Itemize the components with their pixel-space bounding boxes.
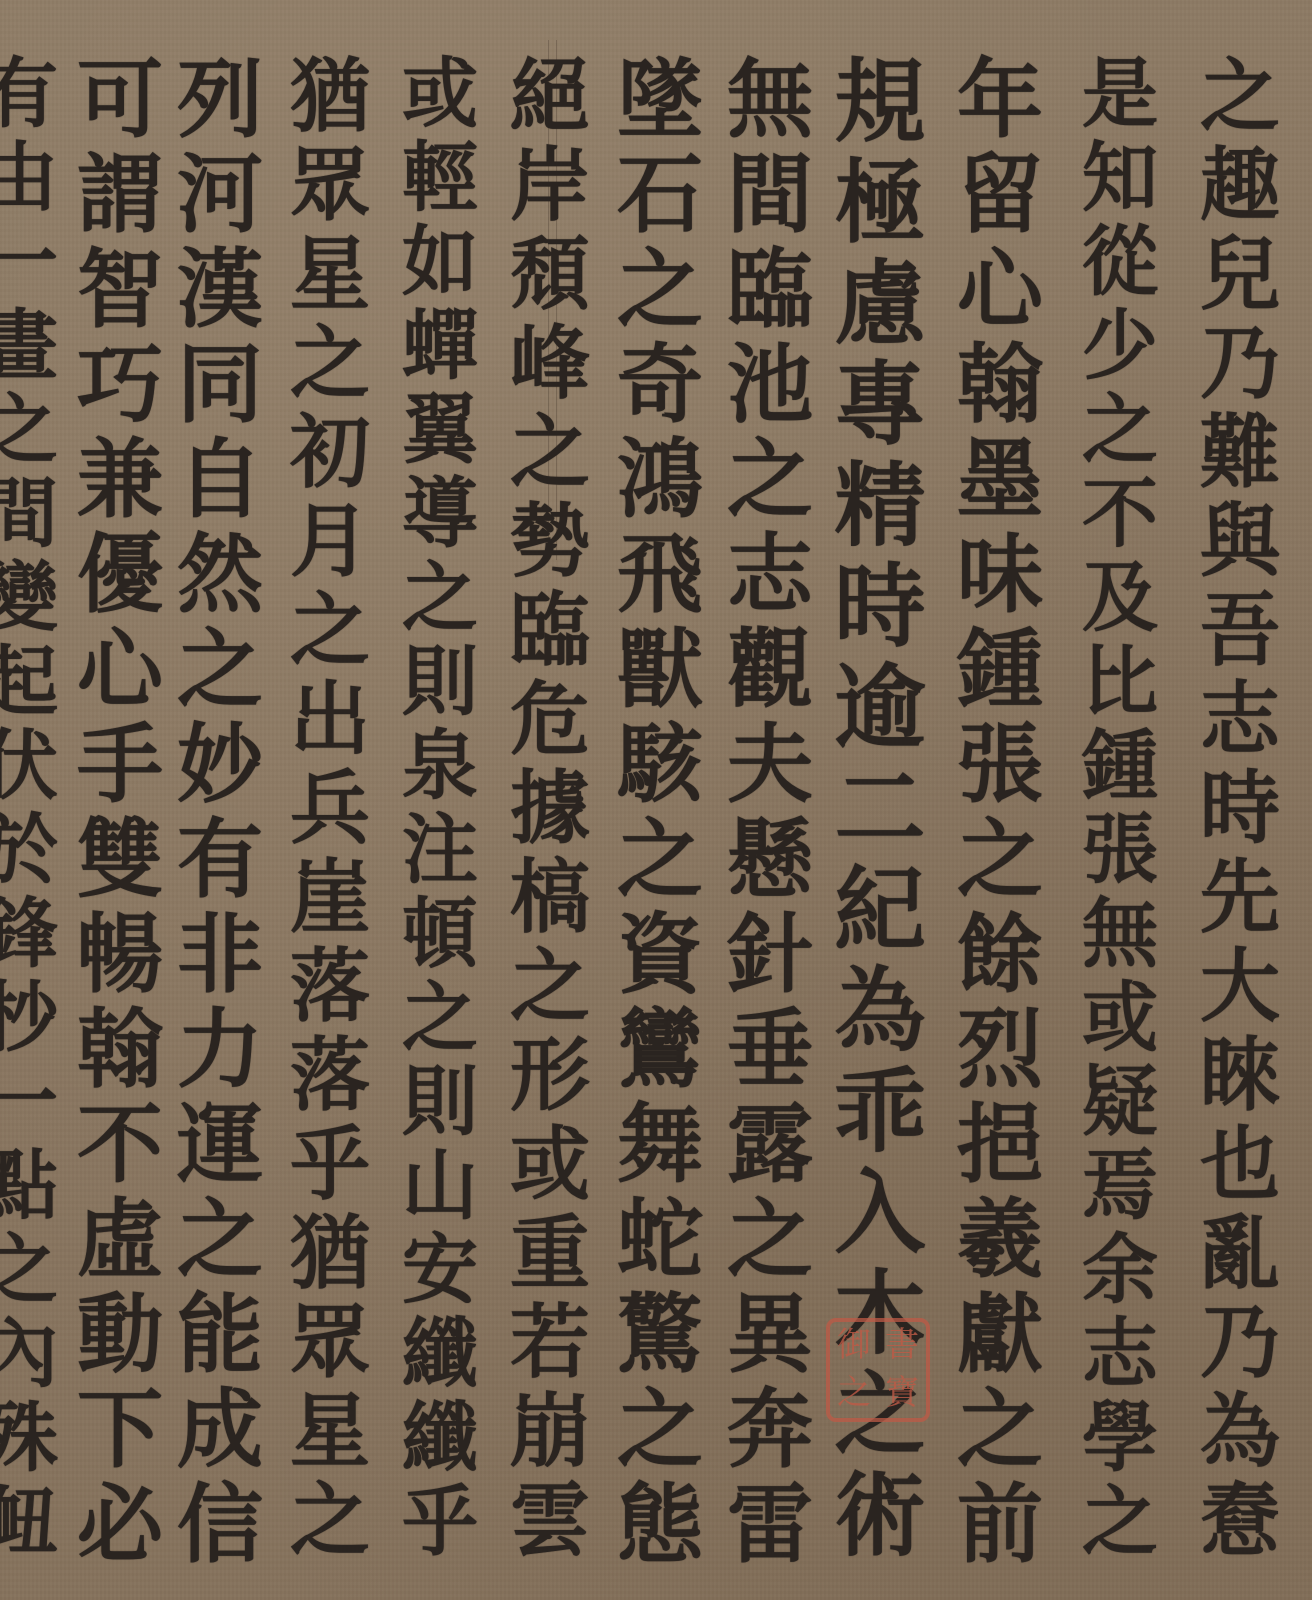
calligraphy-character: 乃 <box>1200 319 1280 408</box>
calligraphy-character: 兵 <box>290 764 370 853</box>
calligraphy-character: 必 <box>77 1477 163 1572</box>
seal-glyph: 之 <box>830 1370 878 1418</box>
calligraphy-character: 有 <box>177 812 263 907</box>
calligraphy-character: 資 <box>617 907 703 1002</box>
calligraphy-character: 入 <box>834 1163 925 1264</box>
calligraphy-character: 紀 <box>834 860 925 961</box>
calligraphy-character: 翼 <box>402 388 478 472</box>
calligraphy-character: 亂 <box>1200 1209 1280 1298</box>
calligraphy-column-5: 無間臨池之志觀夫懸針垂露之異奔雷 <box>710 52 830 1572</box>
calligraphy-character: 二 <box>834 759 925 860</box>
calligraphy-character: 伏 <box>0 724 58 808</box>
calligraphy-character: 翰 <box>77 1002 163 1097</box>
calligraphy-character: 之 <box>290 1476 370 1565</box>
calligraphy-character: 則 <box>402 640 478 724</box>
calligraphy-character: 及 <box>1082 556 1158 640</box>
calligraphy-character: 泉 <box>402 724 478 808</box>
calligraphy-character: 年 <box>957 52 1043 147</box>
calligraphy-character: 之 <box>402 556 478 640</box>
calligraphy-character: 極 <box>834 153 925 254</box>
calligraphy-character: 手 <box>77 717 163 812</box>
calligraphy-character: 志 <box>727 527 813 622</box>
calligraphy-character: 點 <box>0 1144 58 1228</box>
calligraphy-character: 纖 <box>402 1312 478 1396</box>
calligraphy-character: 心 <box>77 622 163 717</box>
calligraphy-character: 趣 <box>1200 141 1280 230</box>
calligraphy-column-1: 之趣兒乃難與吾志時先大睞也亂乃為憃 <box>1180 52 1300 1565</box>
calligraphy-character: 態 <box>617 1477 703 1572</box>
calligraphy-character: 從 <box>1082 220 1158 304</box>
calligraphy-character: 之 <box>510 408 590 497</box>
calligraphy-character: 能 <box>177 1287 263 1382</box>
calligraphy-column-8: 或輕如蟬翼導之則泉注頓之則山安纖纖乎 <box>380 52 500 1564</box>
calligraphy-character: 漢 <box>177 242 263 337</box>
calligraphy-character: 張 <box>957 717 1043 812</box>
calligraphy-character: 之 <box>290 319 370 408</box>
calligraphy-character: 或 <box>510 1120 590 1209</box>
seal-glyph: 御 <box>830 1322 878 1370</box>
calligraphy-character: 雙 <box>77 812 163 907</box>
calligraphy-character: 力 <box>177 1002 263 1097</box>
calligraphy-character: 之 <box>0 1228 58 1312</box>
calligraphy-character: 心 <box>957 242 1043 337</box>
calligraphy-character: 無 <box>727 52 813 147</box>
calligraphy-character: 味 <box>957 527 1043 622</box>
calligraphy-character: 之 <box>617 1382 703 1477</box>
calligraphy-character: 然 <box>177 527 263 622</box>
calligraphy-character: 之 <box>510 942 590 1031</box>
calligraphy-character: 自 <box>177 432 263 527</box>
red-collector-seal: 御 書 之 寶 <box>826 1318 930 1422</box>
calligraphy-character: 星 <box>290 230 370 319</box>
calligraphy-character: 謂 <box>77 147 163 242</box>
calligraphy-character: 先 <box>1200 853 1280 942</box>
calligraphy-character: 挹 <box>957 1097 1043 1192</box>
calligraphy-character: 河 <box>177 147 263 242</box>
calligraphy-character: 奇 <box>617 337 703 432</box>
calligraphy-character: 與 <box>1200 497 1280 586</box>
calligraphy-character: 之 <box>177 1192 263 1287</box>
calligraphy-character: 之 <box>1082 388 1158 472</box>
calligraphy-character: 由 <box>0 136 58 220</box>
calligraphy-character: 無 <box>1082 892 1158 976</box>
calligraphy-character: 殊 <box>0 1396 58 1480</box>
calligraphy-character: 之 <box>290 586 370 675</box>
calligraphy-character: 之 <box>177 622 263 717</box>
calligraphy-character: 乃 <box>1200 1298 1280 1387</box>
calligraphy-character: 留 <box>957 147 1043 242</box>
calligraphy-character: 異 <box>727 1287 813 1382</box>
calligraphy-character: 飛 <box>617 527 703 622</box>
calligraphy-character: 吾 <box>1200 586 1280 675</box>
calligraphy-character: 之 <box>402 976 478 1060</box>
calligraphy-character: 初 <box>290 408 370 497</box>
calligraphy-character: 峰 <box>510 319 590 408</box>
seal-glyph: 寶 <box>878 1370 926 1418</box>
calligraphy-character: 之 <box>957 1382 1043 1477</box>
calligraphy-character: 逾 <box>834 658 925 759</box>
calligraphy-character: 之 <box>0 388 58 472</box>
calligraphy-character: 則 <box>402 1060 478 1144</box>
calligraphy-character: 烈 <box>957 1002 1043 1097</box>
calligraphy-character: 導 <box>402 472 478 556</box>
calligraphy-character: 睞 <box>1200 1031 1280 1120</box>
calligraphy-character: 乎 <box>402 1480 478 1564</box>
calligraphy-character: 精 <box>834 456 925 557</box>
calligraphy-character: 夫 <box>727 717 813 812</box>
calligraphy-character: 猶 <box>290 1209 370 1298</box>
calligraphy-character: 觀 <box>727 622 813 717</box>
calligraphy-character: 輕 <box>402 136 478 220</box>
calligraphy-character: 眾 <box>290 1298 370 1387</box>
calligraphy-character: 志 <box>1200 675 1280 764</box>
calligraphy-character: 同 <box>177 337 263 432</box>
calligraphy-character: 獻 <box>957 1287 1043 1382</box>
calligraphy-character: 羲 <box>957 1192 1043 1287</box>
calligraphy-character: 據 <box>510 764 590 853</box>
calligraphy-character: 時 <box>1200 764 1280 853</box>
calligraphy-character: 露 <box>727 1097 813 1192</box>
calligraphy-character: 規 <box>834 52 925 153</box>
calligraphy-character: 畫 <box>0 304 58 388</box>
calligraphy-character: 知 <box>1082 136 1158 220</box>
calligraphy-character: 奔 <box>727 1382 813 1477</box>
calligraphy-character: 虛 <box>77 1192 163 1287</box>
calligraphy-character: 絕 <box>510 52 590 141</box>
calligraphy-character: 下 <box>77 1382 163 1477</box>
calligraphy-character: 疑 <box>1082 1060 1158 1144</box>
calligraphy-character: 山 <box>402 1144 478 1228</box>
calligraphy-character: 或 <box>1082 976 1158 1060</box>
calligraphy-character: 之 <box>617 242 703 337</box>
calligraphy-character: 蛇 <box>617 1192 703 1287</box>
calligraphy-character: 不 <box>77 1097 163 1192</box>
calligraphy-character: 憃 <box>1200 1476 1280 1565</box>
calligraphy-character: 星 <box>290 1387 370 1476</box>
calligraphy-character: 鍾 <box>957 622 1043 717</box>
calligraphy-character: 少 <box>1082 304 1158 388</box>
calligraphy-character: 如 <box>402 220 478 304</box>
calligraphy-character: 間 <box>727 147 813 242</box>
calligraphy-character: 成 <box>177 1382 263 1477</box>
calligraphy-character: 暢 <box>77 907 163 1002</box>
calligraphy-character: 崖 <box>290 853 370 942</box>
calligraphy-character: 墨 <box>957 432 1043 527</box>
calligraphy-character: 頓 <box>402 892 478 976</box>
calligraphy-column-12: 有由一畫之間變起伏於鋒杪一點之內殊衄 <box>0 52 80 1564</box>
seal-glyph: 書 <box>878 1322 926 1370</box>
calligraphy-character: 是 <box>1082 52 1158 136</box>
calligraphy-character: 學 <box>1082 1396 1158 1480</box>
calligraphy-character: 乎 <box>290 1120 370 1209</box>
calligraphy-character: 鴻 <box>617 432 703 527</box>
calligraphy-character: 起 <box>0 640 58 724</box>
calligraphy-character: 列 <box>177 52 263 147</box>
calligraphy-character: 余 <box>1082 1228 1158 1312</box>
calligraphy-character: 為 <box>834 961 925 1062</box>
calligraphy-character: 優 <box>77 527 163 622</box>
calligraphy-character: 巧 <box>77 337 163 432</box>
calligraphy-scroll: 之趣兒乃難與吾志時先大睞也亂乃為憃 是知從少之不及比鍾張無或疑焉余志學之 年留心… <box>0 0 1312 1600</box>
calligraphy-character: 變 <box>0 556 58 640</box>
calligraphy-character: 非 <box>177 907 263 1002</box>
calligraphy-character: 纖 <box>402 1396 478 1480</box>
calligraphy-character: 獸 <box>617 622 703 717</box>
calligraphy-character: 駭 <box>617 717 703 812</box>
calligraphy-character: 之 <box>957 812 1043 907</box>
calligraphy-character: 形 <box>510 1031 590 1120</box>
calligraphy-character: 驚 <box>617 1287 703 1382</box>
calligraphy-character: 猶 <box>290 52 370 141</box>
calligraphy-character: 前 <box>957 1477 1043 1572</box>
calligraphy-character: 杪 <box>0 976 58 1060</box>
calligraphy-character: 衄 <box>0 1480 58 1564</box>
calligraphy-character: 兼 <box>77 432 163 527</box>
calligraphy-column-6: 墜石之奇鴻飛獸駭之資鸞舞蛇驚之態 <box>600 52 720 1572</box>
calligraphy-column-7: 絕岸頹峰之勢臨危據槁之形或重若崩雲 <box>490 52 610 1565</box>
calligraphy-character: 信 <box>177 1477 263 1572</box>
calligraphy-character: 也 <box>1200 1120 1280 1209</box>
calligraphy-character: 難 <box>1200 408 1280 497</box>
calligraphy-character: 池 <box>727 337 813 432</box>
calligraphy-character: 石 <box>617 147 703 242</box>
calligraphy-character: 運 <box>177 1097 263 1192</box>
calligraphy-character: 危 <box>510 675 590 764</box>
calligraphy-character: 一 <box>0 220 58 304</box>
calligraphy-character: 注 <box>402 808 478 892</box>
calligraphy-character: 雷 <box>727 1477 813 1572</box>
calligraphy-character: 鸞 <box>617 1002 703 1097</box>
calligraphy-character: 之 <box>617 812 703 907</box>
calligraphy-character: 雲 <box>510 1476 590 1565</box>
calligraphy-character: 術 <box>834 1466 925 1567</box>
calligraphy-character: 出 <box>290 675 370 764</box>
calligraphy-character: 舞 <box>617 1097 703 1192</box>
calligraphy-character: 焉 <box>1082 1144 1158 1228</box>
calligraphy-column-2: 是知從少之不及比鍾張無或疑焉余志學之 <box>1060 52 1180 1564</box>
calligraphy-character: 餘 <box>957 907 1043 1002</box>
calligraphy-character: 一 <box>0 1060 58 1144</box>
calligraphy-character: 眾 <box>290 141 370 230</box>
calligraphy-character: 安 <box>402 1228 478 1312</box>
calligraphy-character: 有 <box>0 52 58 136</box>
calligraphy-character: 大 <box>1200 942 1280 1031</box>
calligraphy-character: 翰 <box>957 337 1043 432</box>
calligraphy-character: 之 <box>727 432 813 527</box>
calligraphy-character: 頹 <box>510 230 590 319</box>
calligraphy-character: 落 <box>290 942 370 1031</box>
calligraphy-character: 懸 <box>727 812 813 907</box>
calligraphy-character: 若 <box>510 1298 590 1387</box>
calligraphy-character: 岸 <box>510 141 590 230</box>
calligraphy-character: 間 <box>0 472 58 556</box>
calligraphy-character: 崩 <box>510 1387 590 1476</box>
calligraphy-character: 落 <box>290 1031 370 1120</box>
calligraphy-character: 勢 <box>510 497 590 586</box>
calligraphy-column-3: 年留心翰墨味鍾張之餘烈挹羲獻之前 <box>940 52 1060 1572</box>
calligraphy-character: 墜 <box>617 52 703 147</box>
calligraphy-character: 槁 <box>510 853 590 942</box>
calligraphy-character: 臨 <box>727 242 813 337</box>
calligraphy-character: 月 <box>290 497 370 586</box>
calligraphy-character: 妙 <box>177 717 263 812</box>
calligraphy-character: 針 <box>727 907 813 1002</box>
calligraphy-character: 於 <box>0 808 58 892</box>
calligraphy-character: 之 <box>1082 1480 1158 1564</box>
calligraphy-character: 垂 <box>727 1002 813 1097</box>
calligraphy-character: 動 <box>77 1287 163 1382</box>
calligraphy-character: 兒 <box>1200 230 1280 319</box>
calligraphy-character: 臨 <box>510 586 590 675</box>
calligraphy-character: 為 <box>1200 1387 1280 1476</box>
calligraphy-character: 之 <box>727 1192 813 1287</box>
calligraphy-character: 可 <box>77 52 163 147</box>
calligraphy-character: 或 <box>402 52 478 136</box>
calligraphy-character: 比 <box>1082 640 1158 724</box>
calligraphy-character: 慮 <box>834 254 925 355</box>
calligraphy-character: 不 <box>1082 472 1158 556</box>
calligraphy-character: 專 <box>834 355 925 456</box>
calligraphy-character: 重 <box>510 1209 590 1298</box>
calligraphy-character: 智 <box>77 242 163 337</box>
calligraphy-character: 時 <box>834 557 925 658</box>
calligraphy-character: 張 <box>1082 808 1158 892</box>
calligraphy-character: 內 <box>0 1312 58 1396</box>
calligraphy-character: 志 <box>1082 1312 1158 1396</box>
calligraphy-character: 鋒 <box>0 892 58 976</box>
calligraphy-character: 鍾 <box>1082 724 1158 808</box>
calligraphy-character: 蟬 <box>402 304 478 388</box>
calligraphy-column-9: 猶眾星之初月之出兵崖落落乎猶眾星之 <box>270 52 390 1565</box>
calligraphy-character: 乖 <box>834 1062 925 1163</box>
calligraphy-character: 之 <box>1200 52 1280 141</box>
